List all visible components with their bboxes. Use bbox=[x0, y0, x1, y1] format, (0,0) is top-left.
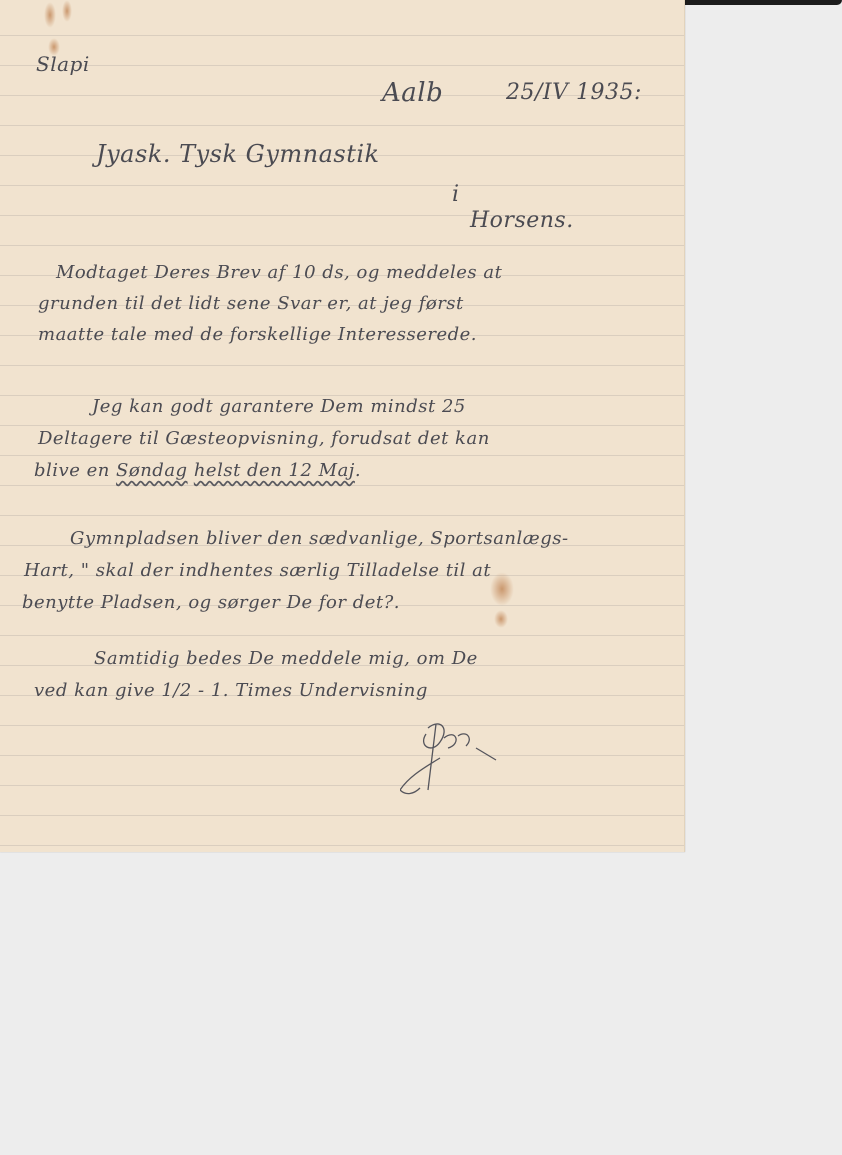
recipient-line-1: Jyask. Tysk Gymnastik bbox=[96, 140, 380, 168]
rust-stain bbox=[44, 2, 56, 28]
body-line: blive en Søndag helst den 12 Maj. bbox=[34, 460, 361, 481]
recipient-line-3: Horsens. bbox=[470, 208, 574, 233]
body-line: Samtidig bedes De meddele mig, om De bbox=[94, 648, 478, 669]
body-text: . bbox=[355, 460, 361, 481]
body-line: benytte Pladsen, og sørger De for det?. bbox=[22, 592, 400, 613]
body-line: Gymnpladsen bliver den sædvanlige, Sport… bbox=[70, 528, 569, 549]
body-text: blive en bbox=[34, 460, 116, 481]
signature: P.H. bbox=[400, 718, 510, 798]
underlined-word: Søndag bbox=[116, 460, 188, 481]
body-line: ved kan give 1/2 - 1. Times Undervisning bbox=[34, 680, 428, 701]
letter-paper: Slapi Aalb 25/IV 1935: Jyask. Tysk Gymna… bbox=[0, 0, 685, 852]
body-line: Jeg kan godt garantere Dem mindst 25 bbox=[92, 396, 466, 417]
corner-note: Slapi bbox=[36, 52, 90, 76]
body-line: grunden til det lidt sene Svar er, at je… bbox=[38, 293, 464, 314]
dateline-place: Aalb bbox=[382, 78, 443, 108]
body-line: Deltagere til Gæsteopvisning, forudsat d… bbox=[38, 428, 490, 449]
recipient-line-2: i bbox=[452, 182, 460, 207]
body-line: Modtaget Deres Brev af 10 ds, og meddele… bbox=[56, 262, 502, 283]
dateline-date: 25/IV 1935: bbox=[506, 80, 642, 105]
signature-flourish-icon bbox=[400, 718, 510, 798]
rust-stain bbox=[490, 572, 514, 606]
body-line: Hart, " skal der indhentes særlig Tillad… bbox=[24, 560, 491, 581]
underlined-phrase: helst den 12 Maj bbox=[194, 460, 355, 481]
rust-stain bbox=[494, 610, 508, 628]
rust-stain bbox=[62, 0, 72, 22]
body-line: maatte tale med de forskellige Interesse… bbox=[38, 324, 477, 345]
